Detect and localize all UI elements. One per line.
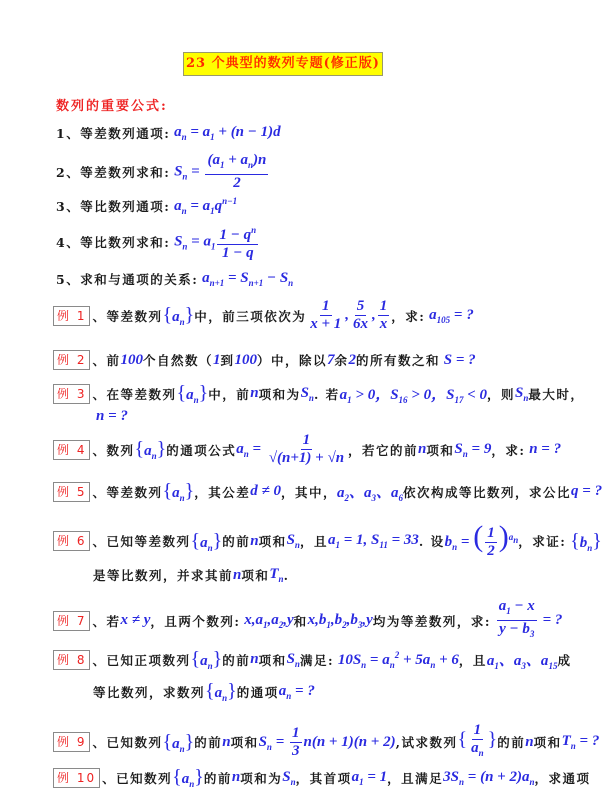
- formula-expression: an = a1 + (n − 1)d: [170, 124, 280, 142]
- example-8: 例 8 、已知正项数列 {an} 的前 n 项和 Sn 满足: 10Sn = a…: [53, 648, 571, 671]
- example-3: 例 3 、在等差数列 {an} 中，前 n 项和为 Sn . 若 a1 > 0，…: [53, 382, 584, 405]
- example-6-continued: 是等比数列，并求其前 n 项和 Tn.: [93, 566, 289, 584]
- example-7: 例 7 、若 x ≠ y ，且两个数列: x,a1,a2,y 和 x,b1,b2…: [53, 598, 562, 643]
- example-tag: 例 5: [53, 482, 90, 502]
- formula-5: 5、求和与通项的关系: an+1 = Sn+1 − Sn: [56, 270, 293, 288]
- example-tag: 例 10: [53, 768, 100, 788]
- example-2: 例 2 、前 100 个自然数（ 1 到 100 ）中，除以 7 余 2 的所有…: [53, 350, 476, 370]
- example-9: 例 9 、已知数列 {an} 的前 n 项和 Sn = 13n(n + 1)(n…: [53, 722, 599, 762]
- example-3-continued: n = ?: [96, 408, 128, 425]
- formula-label: 5、求和与通项的关系:: [56, 270, 198, 288]
- formula-expression: an+1 = Sn+1 − Sn: [198, 270, 293, 288]
- example-tag: 例 1: [53, 306, 90, 326]
- formula-expression: Sn = (a1 + an)n2: [170, 152, 270, 192]
- example-tag: 例 4: [53, 440, 90, 460]
- section-heading: 数列的重要公式:: [56, 95, 168, 114]
- example-tag: 例 6: [53, 531, 90, 551]
- formula-1: 1、等差数列通项: an = a1 + (n − 1)d: [56, 124, 281, 142]
- example-6: 例 6 、已知等差数列 {an} 的前 n 项和 Sn ，且 a1 = 1, S…: [53, 522, 602, 560]
- document-title: 23 个典型的数列专题(修正版): [183, 52, 383, 76]
- formula-expression: an = a1qn−1: [170, 196, 237, 216]
- example-tag: 例 2: [53, 350, 90, 370]
- example-8-continued: 等比数列，求数列 {an} 的通项 an = ?: [93, 680, 315, 703]
- example-tag: 例 7: [53, 611, 90, 631]
- example-4: 例 4 、数列 {an} 的通项公式 an = 1√(n+1) + √n ，若它…: [53, 432, 561, 467]
- formula-label: 3、等比数列通项:: [56, 197, 170, 215]
- formula-label: 2、等差数列求和:: [56, 163, 170, 181]
- formula-2: 2、等差数列求和: Sn = (a1 + an)n2: [56, 152, 270, 192]
- example-5: 例 5 、等差数列 {an} ，其公差 d ≠ 0 ，其中， a2、a3、a6 …: [53, 480, 602, 503]
- example-10: 例 10 、已知数列 {an} 的前 n 项和为 Sn ，其首项 a1 = 1 …: [53, 766, 591, 789]
- formula-label: 4、等比数列求和:: [56, 233, 170, 251]
- formula-3: 3、等比数列通项: an = a1qn−1: [56, 196, 237, 216]
- example-tag: 例 3: [53, 384, 90, 404]
- example-1: 例 1 、等差数列 {an} 中，前三项依次为 1x + 1,56x,1x ，求…: [53, 298, 474, 333]
- example-tag: 例 9: [53, 732, 90, 752]
- formula-expression: Sn = a11 − qn1 − q: [170, 222, 260, 262]
- example-tag: 例 8: [53, 650, 90, 670]
- formula-4: 4、等比数列求和: Sn = a11 − qn1 − q: [56, 222, 260, 262]
- formula-label: 1、等差数列通项:: [56, 124, 170, 142]
